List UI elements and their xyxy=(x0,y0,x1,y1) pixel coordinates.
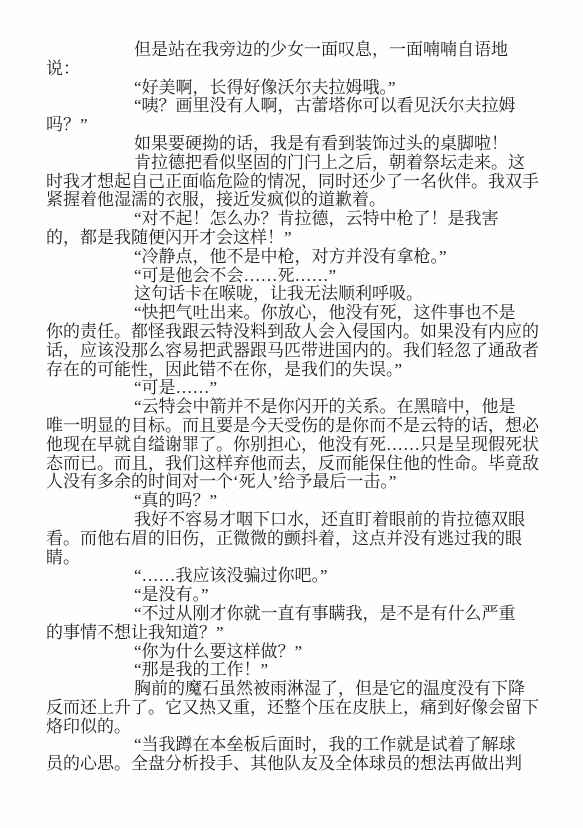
text-line: “……我应该没骗过你吧。” xyxy=(46,567,546,586)
text-line: “当我蹲在本垒板后面时，我的工作就是试着了解球 xyxy=(46,736,546,755)
text-line: “你为什么要这样做？” xyxy=(46,643,546,662)
text-line: 反而还上升了。它又热又重，还整个压在皮肤上，痛到好像会留下 xyxy=(46,699,546,718)
text-line: “好美啊，长得好像沃尔夫拉姆哦。” xyxy=(46,79,546,98)
text-line: 烙印似的。 xyxy=(46,718,546,737)
text-line: 说： xyxy=(46,60,546,79)
text-line: 我好不容易才咽下口水，还直盯着眼前的肯拉德双眼 xyxy=(46,511,546,530)
text-line: “咦？画里没有人啊，古蕾塔你可以看见沃尔夫拉姆 xyxy=(46,97,546,116)
text-line: 的，都是我随便闪开才会这样！” xyxy=(46,229,546,248)
text-line: “冷静点，他不是中枪，对方并没有拿枪。” xyxy=(46,248,546,267)
text-line: “快把气吐出来。你放心，他没有死，这件事也不是 xyxy=(46,304,546,323)
text-line: “云特会中箭并不是你闪开的关系。在黑暗中，他是 xyxy=(46,398,546,417)
text-line: 你的责任。都怪我跟云特没料到敌人会入侵国内。如果没有内应的 xyxy=(46,323,546,342)
text-line: 员的心思。全盘分析投手、其他队友及全体球员的想法再做出判 xyxy=(46,755,546,774)
text-line: 他现在早就自缢谢罪了。你别担心，他没有死……只是呈现假死状 xyxy=(46,436,546,455)
text-line: 胸前的魔石虽然被雨淋湿了，但是它的温度没有下降 xyxy=(46,680,546,699)
text-line: “不过从刚才你就一直有事瞒我，是不是有什么严重 xyxy=(46,605,546,624)
text-line: 但是站在我旁边的少女一面叹息，一面喃喃自语地 xyxy=(46,41,546,60)
text-line: 唯一明显的目标。而且要是今天受伤的是你而不是云特的话，想必 xyxy=(46,417,546,436)
text-line: 态而已。而且，我们这样弃他而去，反而能保住他的性命。毕竟敌 xyxy=(46,455,546,474)
text-line: 紧握着他湿濡的衣服，接近发疯似的道歉着。 xyxy=(46,191,546,210)
text-line: “那是我的工作！” xyxy=(46,661,546,680)
text-line: 肯拉德把看似坚固的门闩上之后，朝着祭坛走来。这 xyxy=(46,154,546,173)
text-line: “对不起！怎么办？肯拉德，云特中枪了！是我害 xyxy=(46,210,546,229)
text-line: “真的吗？” xyxy=(46,492,546,511)
text-line: 存在的可能性，因此错不在你，是我们的失误。” xyxy=(46,361,546,380)
text-line: 话，应该没那么容易把武器跟马匹带进国内的。我们轻忽了通敌者 xyxy=(46,342,546,361)
text-line: 吗？” xyxy=(46,116,546,135)
text-line: 的事情不想让我知道？” xyxy=(46,624,546,643)
scanned-page: 但是站在我旁边的少女一面叹息，一面喃喃自语地说：“好美啊，长得好像沃尔夫拉姆哦。… xyxy=(0,0,583,828)
text-line: “可是他会不会……死……” xyxy=(46,267,546,286)
text-line: 时我才想起自己正面临危险的情况，同时还少了一名伙伴。我双手 xyxy=(46,173,546,192)
page-text: 但是站在我旁边的少女一面叹息，一面喃喃自语地说：“好美啊，长得好像沃尔夫拉姆哦。… xyxy=(46,41,546,774)
text-line: 睛。 xyxy=(46,549,546,568)
text-line: 人没有多余的时间对一个‘死人’给予最后一击。” xyxy=(46,473,546,492)
text-line: 看。而他右眉的旧伤，正微微的颤抖着，这点并没有逃过我的眼 xyxy=(46,530,546,549)
text-line: “是没有。” xyxy=(46,586,546,605)
text-line: 这句话卡在喉咙，让我无法顺利呼吸。 xyxy=(46,285,546,304)
text-line: 如果要硬拗的话，我是有看到装饰过头的桌脚啦！ xyxy=(46,135,546,154)
text-line: “可是……” xyxy=(46,379,546,398)
